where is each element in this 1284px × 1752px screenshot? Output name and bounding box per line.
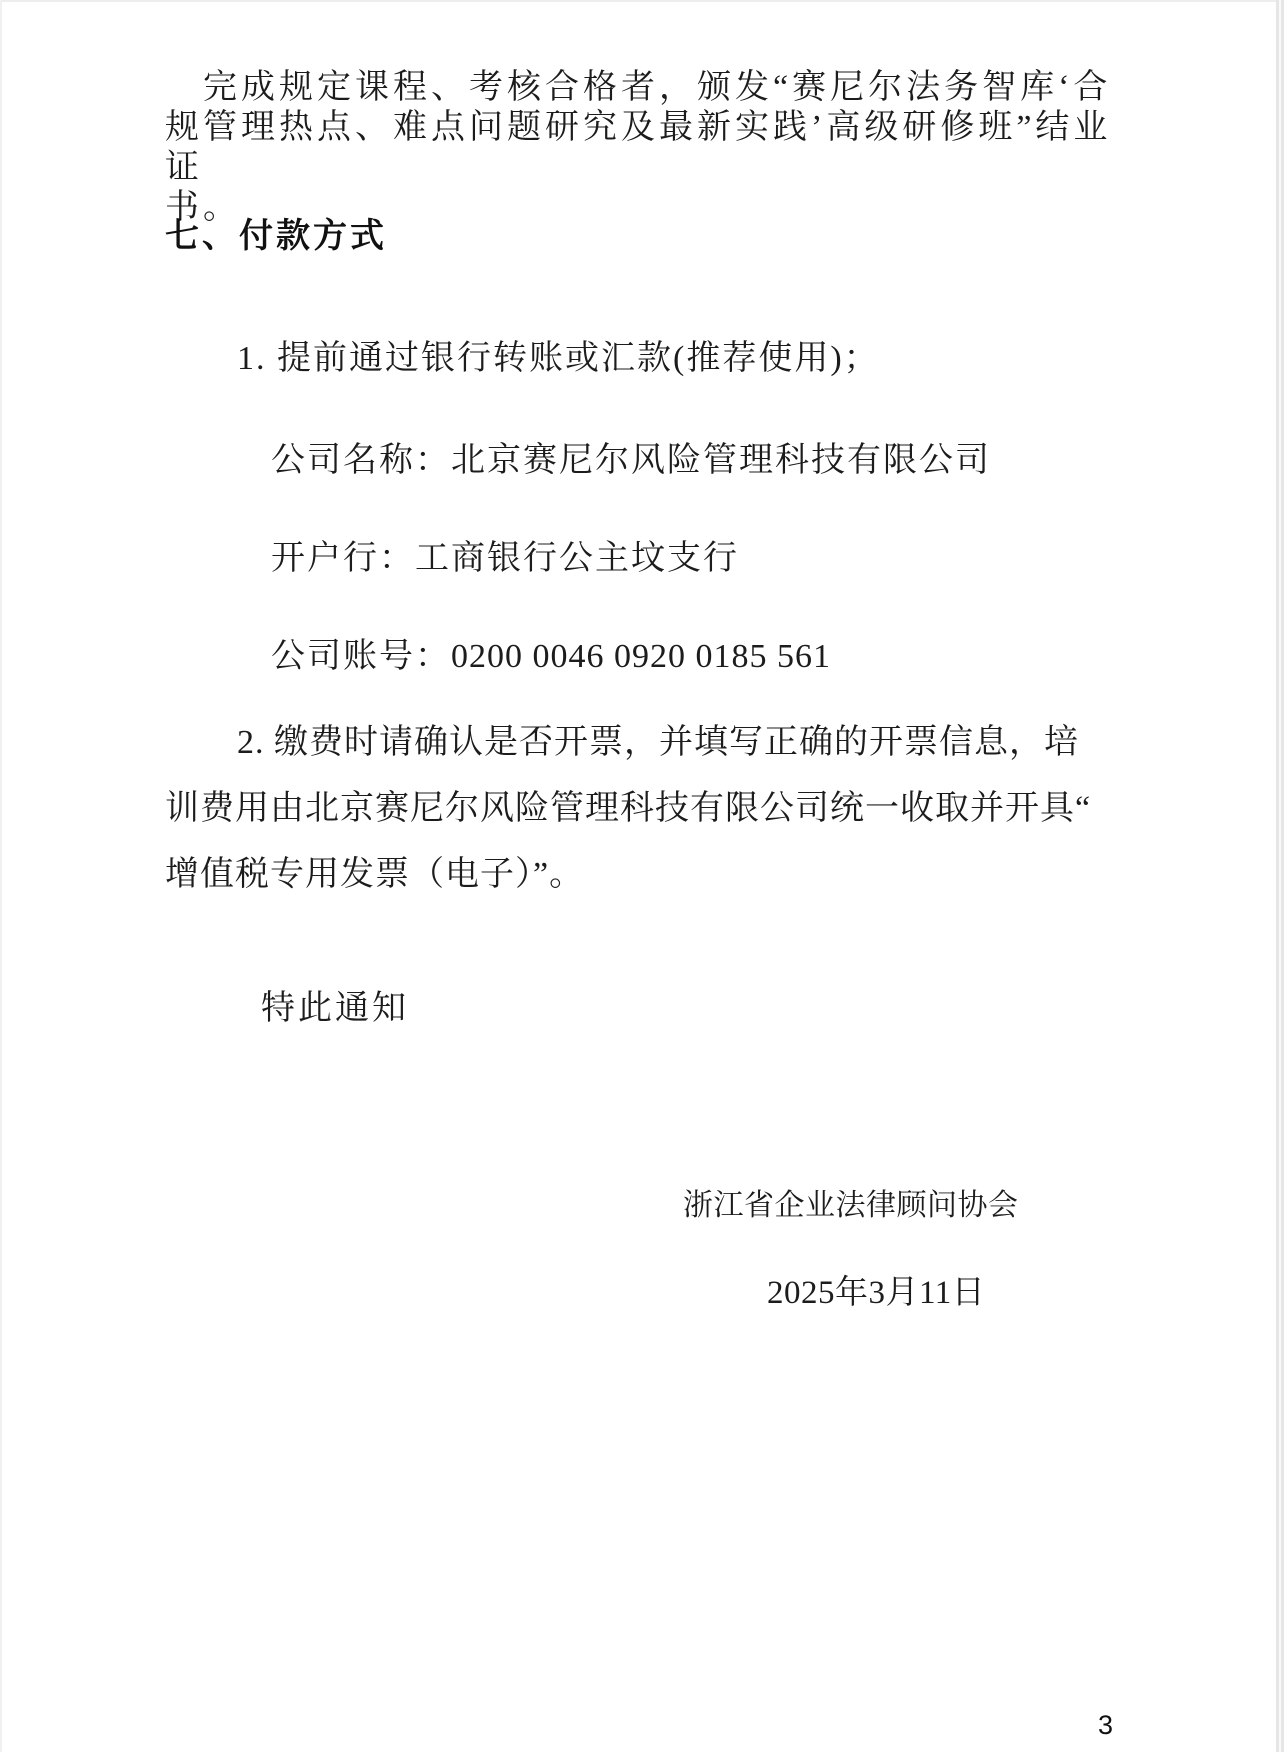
- closing-notice: 特此通知: [165, 980, 1119, 1029]
- section-header-payment-method: 七、付款方式: [165, 208, 1119, 257]
- payment-item-2-line: 增值税专用发票（电子）”。: [165, 842, 1119, 908]
- bank-company-name-line: 公司名称：北京赛尼尔风险管理科技有限公司: [165, 432, 1119, 481]
- bank-company-name-value: 北京赛尼尔风险管理科技有限公司: [451, 442, 991, 479]
- page-edge-top: [0, 0, 1284, 2]
- bank-account-line: 公司账号：0200 0046 0920 0185 561: [165, 628, 1119, 677]
- payment-item-2-line: 2. 缴费时请确认是否开票，并填写正确的开票信息，培: [165, 710, 1119, 776]
- signature-organization: 浙江省企业法律顾问协会: [683, 1180, 1019, 1224]
- intro-line: 规管理热点、难点问题研究及最新实践’高级研修班”结业证: [165, 108, 1119, 188]
- page-edge-left: [0, 0, 2, 1752]
- bank-branch-value: 工商银行公主坟支行: [415, 540, 739, 577]
- intro-paragraph: 完成规定课程、考核合格者，颁发“赛尼尔法务智库‘合 规管理热点、难点问题研究及最…: [165, 68, 1119, 228]
- page-number: 3: [1098, 1710, 1113, 1741]
- intro-line: 完成规定课程、考核合格者，颁发“赛尼尔法务智库‘合: [165, 68, 1119, 108]
- bank-account-number: 0200 0046 0920 0185 561: [451, 638, 831, 675]
- payment-item-2-line: 训费用由北京赛尼尔风险管理科技有限公司统一收取并开具“: [165, 776, 1119, 842]
- page-edge-right-highlight: [1279, 0, 1281, 1752]
- bank-company-name-label: 公司名称：: [271, 442, 451, 479]
- bank-branch-label: 开户行：: [271, 540, 415, 577]
- bank-branch-line: 开户行：工商银行公主坟支行: [165, 530, 1119, 579]
- payment-item-2: 2. 缴费时请确认是否开票，并填写正确的开票信息，培 训费用由北京赛尼尔风险管理…: [165, 710, 1119, 908]
- signature-date: 2025年3月11日: [767, 1266, 985, 1313]
- bank-account-label: 公司账号：: [271, 638, 451, 675]
- payment-item-1: 1. 提前通过银行转账或汇款(推荐使用)；: [165, 330, 1119, 379]
- document-page: 完成规定课程、考核合格者，颁发“赛尼尔法务智库‘合 规管理热点、难点问题研究及最…: [0, 0, 1284, 1752]
